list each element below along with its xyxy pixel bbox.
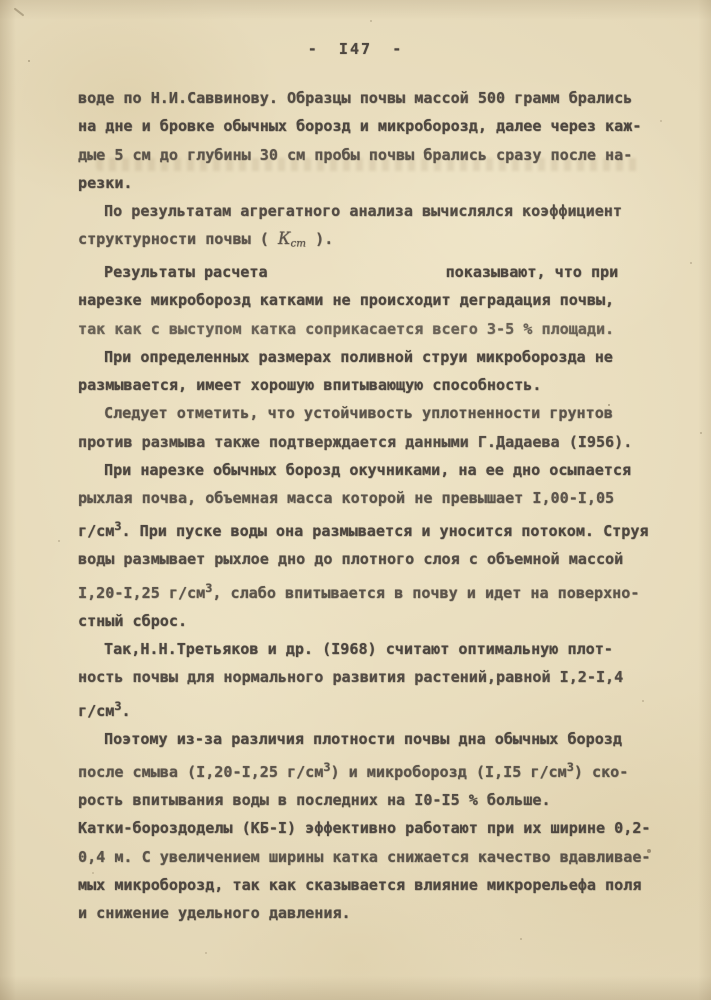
paper-scratch — [14, 8, 25, 17]
text-line: воде по Н.И.Саввинову. Образцы почвы мас… — [78, 84, 658, 112]
text-line: резки. — [78, 169, 658, 197]
text-line: I,20-I,25 г/см3, слабо впитывается в поч… — [78, 574, 658, 607]
line-segment: показывают, что при — [446, 263, 619, 281]
text-line: При нарезке обычных борозд окучниками, н… — [78, 456, 658, 484]
text-line: так как с выступом катка соприкасается в… — [78, 315, 658, 343]
line-segment: воде по Н.И.Саввинову. Образцы почвы мас… — [78, 89, 632, 107]
line-segment: стный сброс. — [78, 612, 187, 630]
text-line: дые 5 см до глубины 30 см пробы почвы бр… — [78, 141, 658, 169]
text-line: рыхлая почва, объемная масса которой не … — [78, 484, 658, 512]
line-segment: При определенных размерах поливной струи… — [104, 348, 613, 366]
line-segment: и снижение удельного давления. — [78, 904, 351, 922]
line-segment: рыхлая почва, объемная масса которой не … — [78, 489, 614, 507]
line-segment: 0,4 м. С увеличением ширины катка снижае… — [78, 848, 651, 866]
text-line: ность почвы для нормального развития рас… — [78, 663, 658, 691]
line-segment: . При пуске воды она размывается и уноси… — [121, 522, 648, 540]
text-line: и снижение удельного давления. — [78, 899, 658, 927]
text-line: против размыва также подтверждается данн… — [78, 428, 658, 456]
text-line: Катки-бороздоделы (КБ-I) эффективно рабо… — [78, 814, 658, 842]
page-number: - I47 - — [0, 40, 711, 58]
text-line: Поэтому из-за различия плотности почвы д… — [78, 725, 658, 753]
line-segment: г/см — [78, 522, 114, 540]
line-segment: Катки-бороздоделы (КБ-I) эффективно рабо… — [78, 819, 651, 837]
line-segment: на дне и бровке обычных борозд и микробо… — [78, 117, 641, 135]
line-segment: При нарезке обычных борозд окучниками, н… — [104, 461, 631, 479]
line-segment: ) и микроборозд (I,I5 г/см — [330, 763, 566, 781]
text-line: после смыва (I,20-I,25 г/см3) и микробор… — [78, 753, 658, 786]
formula-k-symbol: К — [278, 229, 291, 248]
text-line: Так,Н.Н.Третьяков и др. (I968) считают о… — [78, 635, 658, 663]
text-line: г/см3. — [78, 692, 658, 725]
text-line: При определенных размерах поливной струи… — [78, 343, 658, 371]
line-segment: Следует отметить, что устойчивость уплот… — [104, 404, 613, 422]
line-segment: Результаты расчета — [104, 263, 268, 281]
line-segment: после смыва (I,20-I,25 г/см — [78, 763, 323, 781]
text-line: воды размывает рыхлое дно до плотного сл… — [78, 545, 658, 573]
line-segment: Поэтому из-за различия плотности почвы д… — [104, 730, 622, 748]
text-line: 0,4 м. С увеличением ширины катка снижае… — [78, 843, 658, 871]
text-line: на дне и бровке обычных борозд и микробо… — [78, 112, 658, 140]
text-line: нарезке микроборозд катками не происходи… — [78, 286, 658, 314]
text-line: стный сброс. — [78, 607, 658, 635]
line-segment: I,20-I,25 г/см — [78, 584, 205, 602]
text-line: Следует отметить, что устойчивость уплот… — [78, 399, 658, 427]
line-segment: структурности почвы ( — [78, 230, 278, 248]
text-line: мых микроборозд, так как сказывается вли… — [78, 871, 658, 899]
text-block: воде по Н.И.Саввинову. Образцы почвы мас… — [78, 84, 658, 927]
line-segment: ) ско- — [574, 763, 629, 781]
line-segment: Так,Н.Н.Третьяков и др. (I968) считают о… — [104, 640, 613, 658]
text-line: По результатам агрегатного анализа вычис… — [78, 197, 658, 225]
line-segment: воды размывает рыхлое дно до плотного сл… — [78, 550, 623, 568]
line-segment: ). — [306, 230, 333, 248]
line-segment: рость впитывания воды в последних на I0-… — [78, 791, 551, 809]
formula-subscript: ст — [291, 238, 306, 250]
line-segment: нарезке микроборозд катками не происходи… — [78, 291, 614, 309]
paper-speckles — [0, 0, 2, 2]
line-segment: резки. — [78, 174, 133, 192]
text-line: структурности почвы ( Кст ). — [78, 225, 658, 258]
text-line: Результаты расчетапоказывают, что при — [78, 258, 658, 286]
line-segment: . — [121, 701, 130, 719]
text-line: размывается, имеет хорошую впитывающую с… — [78, 371, 658, 399]
line-segment: мых микроборозд, так как сказывается вли… — [78, 876, 641, 894]
text-line: рость впитывания воды в последних на I0-… — [78, 786, 658, 814]
line-segment: По результатам агрегатного анализа вычис… — [104, 202, 622, 220]
line-segment: дые 5 см до глубины 30 см пробы почвы бр… — [78, 146, 632, 164]
line-segment: г/см — [78, 701, 114, 719]
line-segment: , слабо впитывается в почву и идет на по… — [212, 584, 639, 602]
line-segment: ность почвы для нормального развития рас… — [78, 668, 623, 686]
line-segment: так как с выступом катка соприкасается в… — [78, 320, 614, 338]
document-page: - I47 - воде по Н.И.Саввинову. Образцы п… — [0, 0, 711, 1000]
text-line: г/см3. При пуске воды она размывается и … — [78, 512, 658, 545]
line-segment: против размыва также подтверждается данн… — [78, 433, 632, 451]
superscript-3: 3 — [567, 760, 574, 774]
line-segment: размывается, имеет хорошую впитывающую с… — [78, 376, 541, 394]
